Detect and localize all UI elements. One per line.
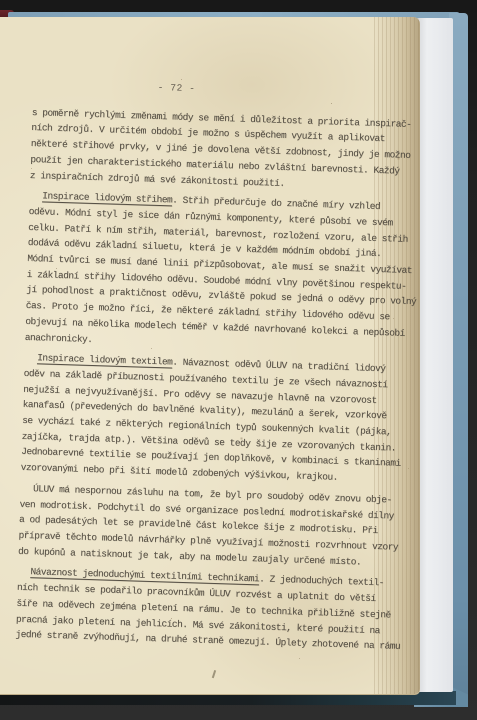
paragraph-intro: s poměrně rychlými změnami módy se mění … [30,105,432,196]
typewritten-text-block: - 72 - s poměrně rychlými změnami módy s… [15,76,433,660]
book-photo: - 72 - s poměrně rychlými změnami módy s… [0,0,477,720]
stray-mark [212,670,216,678]
section-heading: Inspirace lidovým textilem [37,353,173,368]
heading-tail-text: . Z jednoduchých textil- [259,574,384,589]
paragraph-navaznost-technikami: Návaznost jednoduchými textilními techni… [15,564,417,655]
paragraph-uluv-modrotisk: ÚLUV má nespornou zásluhu na tom, že byl… [18,481,420,572]
section-heading: Inspirace lidovým střihem [42,191,172,206]
paper-specks [0,17,1,18]
paragraph-inspirace-strihem: Inspirace lidovým střihem. Střih předurč… [25,188,430,358]
paragraph-inspirace-textilem: Inspirace lidovým textilem. Návaznost od… [20,350,424,488]
